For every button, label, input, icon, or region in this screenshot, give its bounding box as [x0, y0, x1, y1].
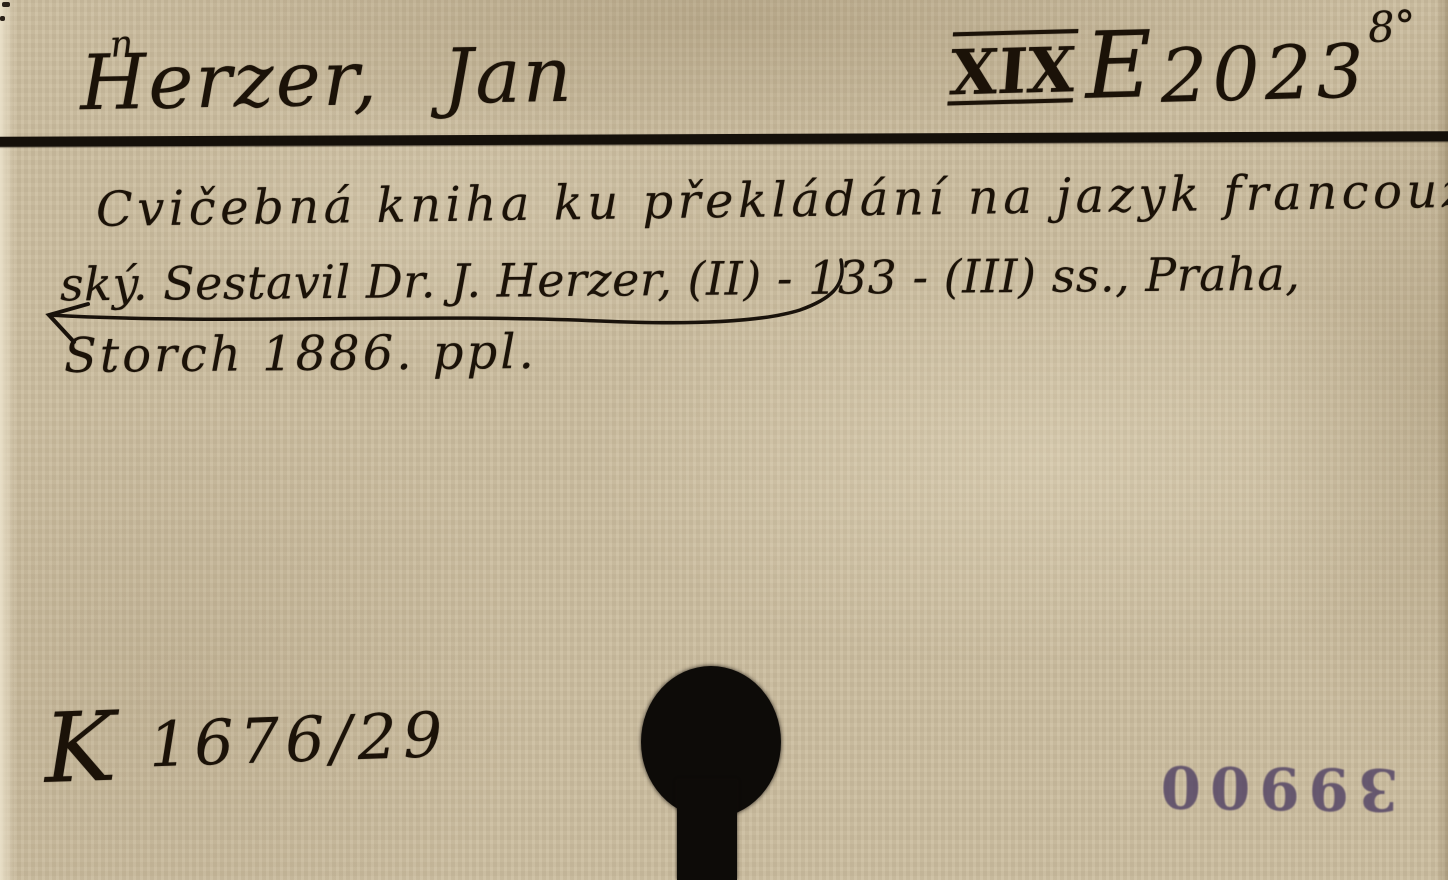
imprint-line: Storch 1886. ppl. [64, 324, 537, 384]
accession-value: 1676/29 [148, 698, 450, 781]
accession-prefix: K [42, 691, 118, 805]
paper-speck [0, 16, 5, 21]
catalog-card: n Herzer, Jan XIX E 2023 8° Cvičebná kni… [0, 0, 1448, 880]
accession-number: K 1676/29 [42, 687, 449, 797]
shelfmark-letter: E [1084, 24, 1153, 109]
shelfmark: XIX E 2023 [945, 28, 1370, 119]
header-rule [0, 131, 1448, 147]
title-line-2: ský. Sestavil Dr. J. Herzer, (II) - 133 … [60, 247, 1301, 312]
shelfmark-number: 2023 [1159, 34, 1369, 113]
title-line-1: Cvičebná kniha ku překládání na jazyk fr… [96, 162, 1448, 238]
card-left-edge [0, 0, 16, 880]
format-notation: 8° [1367, 1, 1417, 52]
author-heading: Herzer, Jan [79, 30, 574, 128]
accession-stamp-upside-down: 39900 [1147, 742, 1402, 834]
punch-hole-slot [677, 780, 737, 880]
paper-speck [2, 2, 10, 7]
shelfmark-roman-class: XIX [943, 36, 1082, 108]
